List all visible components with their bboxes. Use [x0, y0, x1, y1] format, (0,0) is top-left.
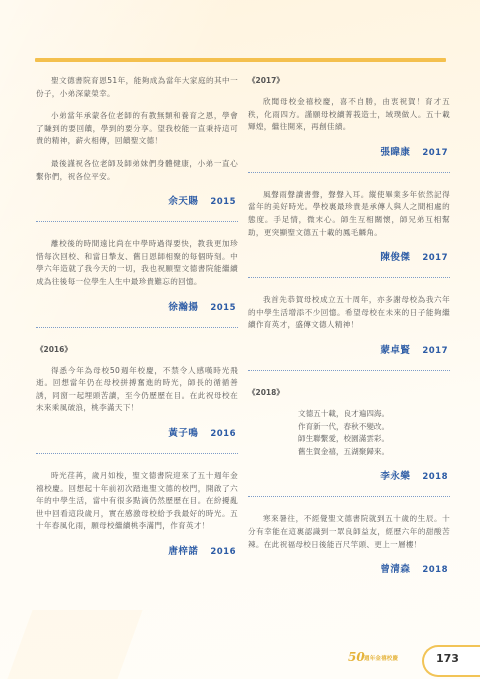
dotted-divider	[36, 453, 238, 454]
anniversary-logo-text: 週年金禧校慶	[364, 654, 398, 662]
year-heading: 《2018》	[248, 387, 450, 398]
graduation-year: 2018	[422, 472, 448, 482]
message-entry: 《2017》 欣聞母校金禧校慶，喜不自勝，由衷祝賀！育才五秩，化雨四方。謹願母校…	[248, 75, 450, 158]
signature: 余天賜2015	[36, 193, 236, 207]
signature: 唐梓諾2016	[36, 543, 236, 557]
message-entry: 聖文德書院育恩51年，能夠成為當年大家庭的其中一份子，小弟深蒙榮幸。 小弟當年承…	[36, 75, 238, 207]
graduation-year: 2018	[422, 565, 448, 575]
anniversary-logo-icon: 50	[348, 650, 365, 664]
graduation-year: 2016	[210, 429, 236, 439]
author-name: 張暐康	[380, 147, 410, 158]
message-entry: 我首先恭賀母校成立五十周年，亦多謝母校為我六年的中學生活增添不少回憶。希望母校在…	[248, 294, 450, 356]
page-number: 173	[436, 652, 459, 665]
author-name: 徐瀚揚	[168, 302, 198, 313]
background-shape	[7, 610, 142, 679]
message-paragraph: 風聲雨聲讀書聲，聲聲入耳。縱使畢業多年依然記得當年的美好時光。學校裏最珍貴是承傳…	[248, 189, 450, 239]
message-entry: 《2018》 文德五十載，良才遍四海。 作育新一代，春秋不變改。 師生聯繫愛，校…	[248, 387, 450, 482]
signature: 黃子鳴2016	[36, 425, 236, 439]
dotted-divider	[36, 221, 238, 222]
left-column: 聖文德書院育恩51年，能夠成為當年大家庭的其中一份子，小弟深蒙榮幸。 小弟當年承…	[36, 75, 238, 567]
signature: 李永樂2018	[248, 468, 448, 482]
message-entry: 離校後的時間遠比尚在中學時過得要快，教我更加珍惜每次回校、和當日摯友、舊日恩師相…	[36, 238, 238, 312]
message-paragraph: 聖文德書院育恩51年，能夠成為當年大家庭的其中一份子，小弟深蒙榮幸。	[36, 75, 238, 100]
author-name: 陳俊傑	[380, 252, 410, 263]
year-heading: 《2017》	[248, 75, 450, 86]
top-accent-bar	[35, 58, 446, 62]
poem-line: 舊生賀金禧，五湖聚歸來。	[298, 446, 450, 459]
author-name: 余天賜	[168, 196, 198, 207]
graduation-year: 2016	[210, 547, 236, 557]
graduation-year: 2017	[422, 346, 448, 356]
message-paragraph: 時光荏苒，歲月如梭，聖文德書院迎來了五十週年金禧校慶。回想起十年前初次踏進聖文德…	[36, 470, 238, 533]
poem-line: 師生聯繫愛，校園滿雲彩。	[298, 433, 450, 446]
message-paragraph: 我首先恭賀母校成立五十周年，亦多謝母校為我六年的中學生活增添不少回憶。希望母校在…	[248, 294, 450, 332]
dotted-divider	[248, 172, 450, 173]
message-paragraph: 得悉今年為母校50週年校慶，不禁令人感嘆時光飛逝。回想當年仍在母校拼搏奮進的時光…	[36, 365, 238, 415]
dotted-divider	[248, 277, 450, 278]
dotted-divider	[248, 496, 450, 497]
signature: 蒙卓賢2017	[248, 342, 448, 356]
message-entry: 時光荏苒，歲月如梭，聖文德書院迎來了五十週年金禧校慶。回想起十年前初次踏進聖文德…	[36, 470, 238, 557]
dotted-divider	[248, 370, 450, 371]
year-heading: 《2016》	[36, 344, 238, 355]
signature: 徐瀚揚2015	[36, 299, 236, 313]
message-entry: 《2016》 得悉今年為母校50週年校慶，不禁令人感嘆時光飛逝。回想當年仍在母校…	[36, 344, 238, 439]
author-name: 曾清森	[380, 564, 410, 575]
message-paragraph: 寒來暑往，不經覺聖文德書院就到五十歲的生辰。十分有幸能在這裏認識到一眾良師益友，…	[248, 513, 450, 551]
graduation-year: 2015	[210, 197, 236, 207]
author-name: 蒙卓賢	[380, 345, 410, 356]
signature: 曾清森2018	[248, 561, 448, 575]
right-column: 《2017》 欣聞母校金禧校慶，喜不自勝，由衷祝賀！育才五秩，化雨四方。謹願母校…	[248, 75, 450, 585]
graduation-year: 2017	[422, 253, 448, 263]
message-paragraph: 離校後的時間遠比尚在中學時過得要快，教我更加珍惜每次回校、和當日摯友、舊日恩師相…	[36, 238, 238, 288]
page-number-badge: 173	[422, 645, 480, 677]
poem: 文德五十載，良才遍四海。 作育新一代，春秋不變改。 師生聯繫愛，校園滿雲彩。 舊…	[248, 408, 450, 458]
graduation-year: 2015	[210, 303, 236, 313]
message-entry: 風聲雨聲讀書聲，聲聲入耳。縱使畢業多年依然記得當年的美好時光。學校裏最珍貴是承傳…	[248, 189, 450, 263]
graduation-year: 2017	[422, 148, 448, 158]
signature: 張暐康2017	[248, 144, 448, 158]
message-paragraph: 最後謹祝各位老師及師弟妹們身體健康，小弟一直心繫你們，祝各位平安。	[36, 158, 238, 183]
message-paragraph: 小弟當年承蒙各位老師的有教無類和養育之恩，學會了賺到的要回饋，學到的要分享。望我…	[36, 110, 238, 148]
dotted-divider	[36, 327, 238, 328]
author-name: 唐梓諾	[168, 546, 198, 557]
page-footer: 50 週年金禧校慶 173	[340, 645, 480, 675]
poem-line: 作育新一代，春秋不變改。	[298, 421, 450, 434]
author-name: 李永樂	[380, 471, 410, 482]
message-entry: 寒來暑往，不經覺聖文德書院就到五十歲的生辰。十分有幸能在這裏認識到一眾良師益友，…	[248, 513, 450, 575]
author-name: 黃子鳴	[168, 428, 198, 439]
poem-line: 文德五十載，良才遍四海。	[298, 408, 450, 421]
message-paragraph: 欣聞母校金禧校慶，喜不自勝，由衷祝賀！育才五秩，化雨四方。謹願母校續菁莪造士，域…	[248, 96, 450, 134]
signature: 陳俊傑2017	[248, 249, 448, 263]
